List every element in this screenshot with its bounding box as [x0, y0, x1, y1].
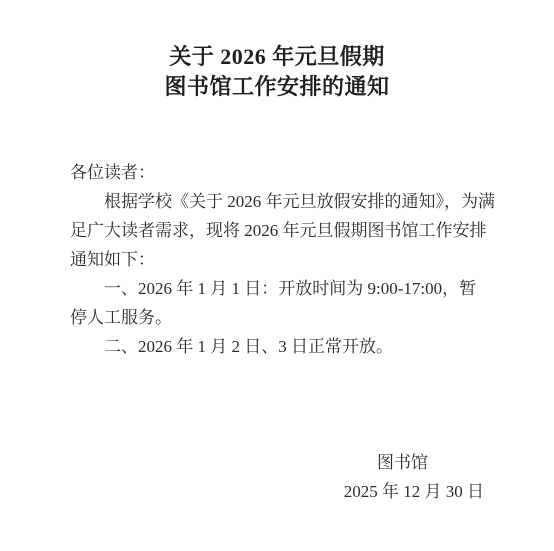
title-line-2: 图书馆工作安排的通知	[0, 72, 554, 102]
intro-paragraph-line-2: 足广大读者需求，现将 2026 年元旦假期图书馆工作安排	[70, 216, 494, 245]
signature-date: 2025 年 12 月 30 日	[0, 477, 554, 506]
signature-name: 图书馆	[0, 448, 554, 477]
document-title: 关于 2026 年元旦假期 图书馆工作安排的通知	[0, 0, 554, 102]
title-line-1: 关于 2026 年元旦假期	[0, 42, 554, 72]
signature-block: 图书馆 2025 年 12 月 30 日	[0, 448, 554, 506]
intro-paragraph-line-1: 根据学校《关于 2026 年元旦放假安排的通知》，为满	[70, 187, 494, 216]
notice-document: 关于 2026 年元旦假期 图书馆工作安排的通知 各位读者： 根据学校《关于 2…	[0, 0, 554, 551]
item-1-line-1: 一、2026 年 1 月 1 日：开放时间为 9:00-17:00，暂	[70, 274, 494, 303]
item-2: 二、2026 年 1 月 2 日、3 日正常开放。	[70, 332, 494, 361]
item-1-line-2: 停人工服务。	[70, 303, 494, 332]
salutation: 各位读者：	[70, 158, 494, 187]
intro-paragraph-line-3: 通知如下：	[70, 245, 494, 274]
document-body: 各位读者： 根据学校《关于 2026 年元旦放假安排的通知》，为满 足广大读者需…	[70, 158, 494, 361]
